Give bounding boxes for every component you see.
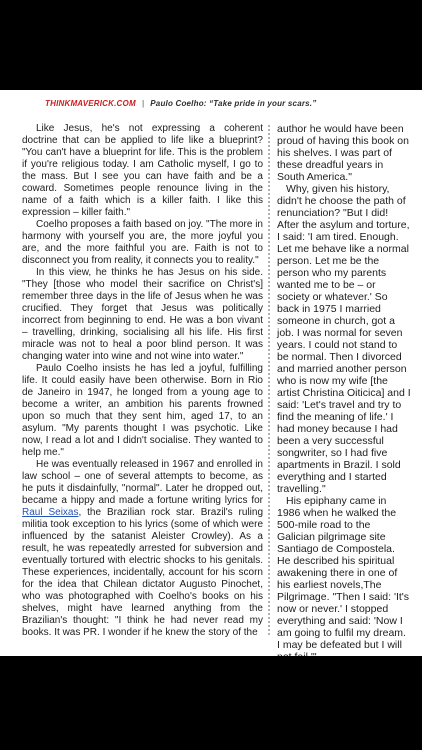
paragraph-like-jesus: Like Jesus, he's not expressing a cohere… — [22, 123, 263, 219]
page-header: THINKMAVERICK.COM|Paulo Coelho: “Take pr… — [45, 99, 414, 108]
paragraph-renunciation: Why, given his history, didn't he choose… — [277, 183, 411, 495]
right-column: author he would have been proud of havin… — [277, 123, 411, 663]
site-name: THINKMAVERICK.COM — [45, 99, 136, 108]
paragraph-asylum: Paulo Coelho insists he has led a joyful… — [22, 363, 263, 459]
paragraph-faith-joy: Coelho proposes a faith based on joy. "T… — [22, 219, 263, 267]
paragraph-released: He was eventually released in 1967 and e… — [22, 459, 263, 639]
header-separator: | — [142, 99, 144, 108]
paragraph-epiphany: His epiphany came in 1986 when he walked… — [277, 495, 411, 663]
left-column: Like Jesus, he's not expressing a cohere… — [22, 123, 263, 639]
paragraph-author-continuation: author he would have been proud of havin… — [277, 123, 411, 183]
column-divider — [268, 125, 270, 635]
raul-seixas-link[interactable]: Raul Seixas — [22, 507, 78, 518]
paragraph-text: , the Brazilian rock star. Brazil's ruli… — [22, 507, 263, 638]
article-title: Paulo Coelho: “Take pride in your scars.… — [150, 99, 316, 108]
bottom-letterbox-bar — [0, 656, 422, 750]
paragraph-text: He was eventually released in 1967 and e… — [22, 459, 263, 506]
screen: { "colors": { "site_red": "#cc1d1d", "li… — [0, 0, 422, 750]
article-page: THINKMAVERICK.COM|Paulo Coelho: “Take pr… — [0, 90, 422, 656]
paragraph-jesus-side: In this view, he thinks he has Jesus on … — [22, 267, 263, 363]
